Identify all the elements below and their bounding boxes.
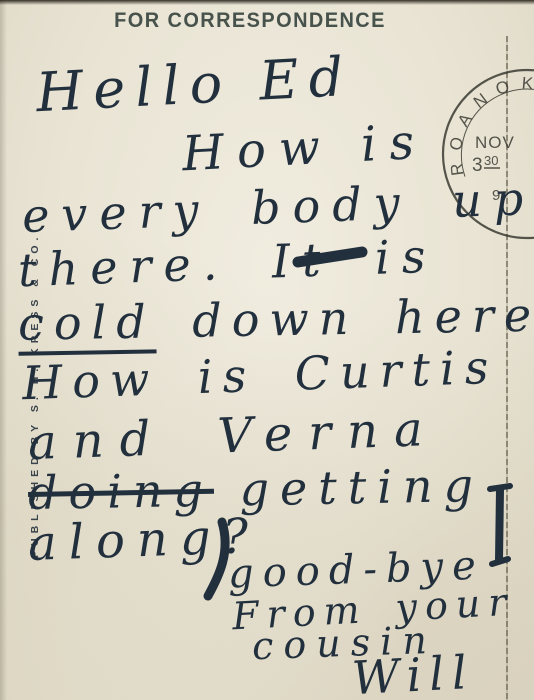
for-correspondence-heading: FOR CORRESPONDENCE [108,9,393,33]
postmark-month: NOV [475,133,515,152]
message-line-13: Will [351,649,476,700]
message-line-5-rest: down here. [155,287,534,348]
postmark-minutes: 30 [484,153,498,168]
message-line-7: and Verna [27,405,439,467]
message-line-5: cold down here. [18,291,534,347]
message-line-9: along? [27,512,261,568]
message-line-4: there. It is [17,233,438,294]
postcard-back: { "postcard": { "header_label": "FOR COR… [0,0,534,700]
underlined-word-cold: cold [18,294,157,355]
message-line-6: How is Curtis [21,344,499,407]
message-line-1: Hello Ed [35,50,355,121]
goodbye-flourish-stroke [499,490,500,560]
message-line-2: How is [181,118,428,179]
